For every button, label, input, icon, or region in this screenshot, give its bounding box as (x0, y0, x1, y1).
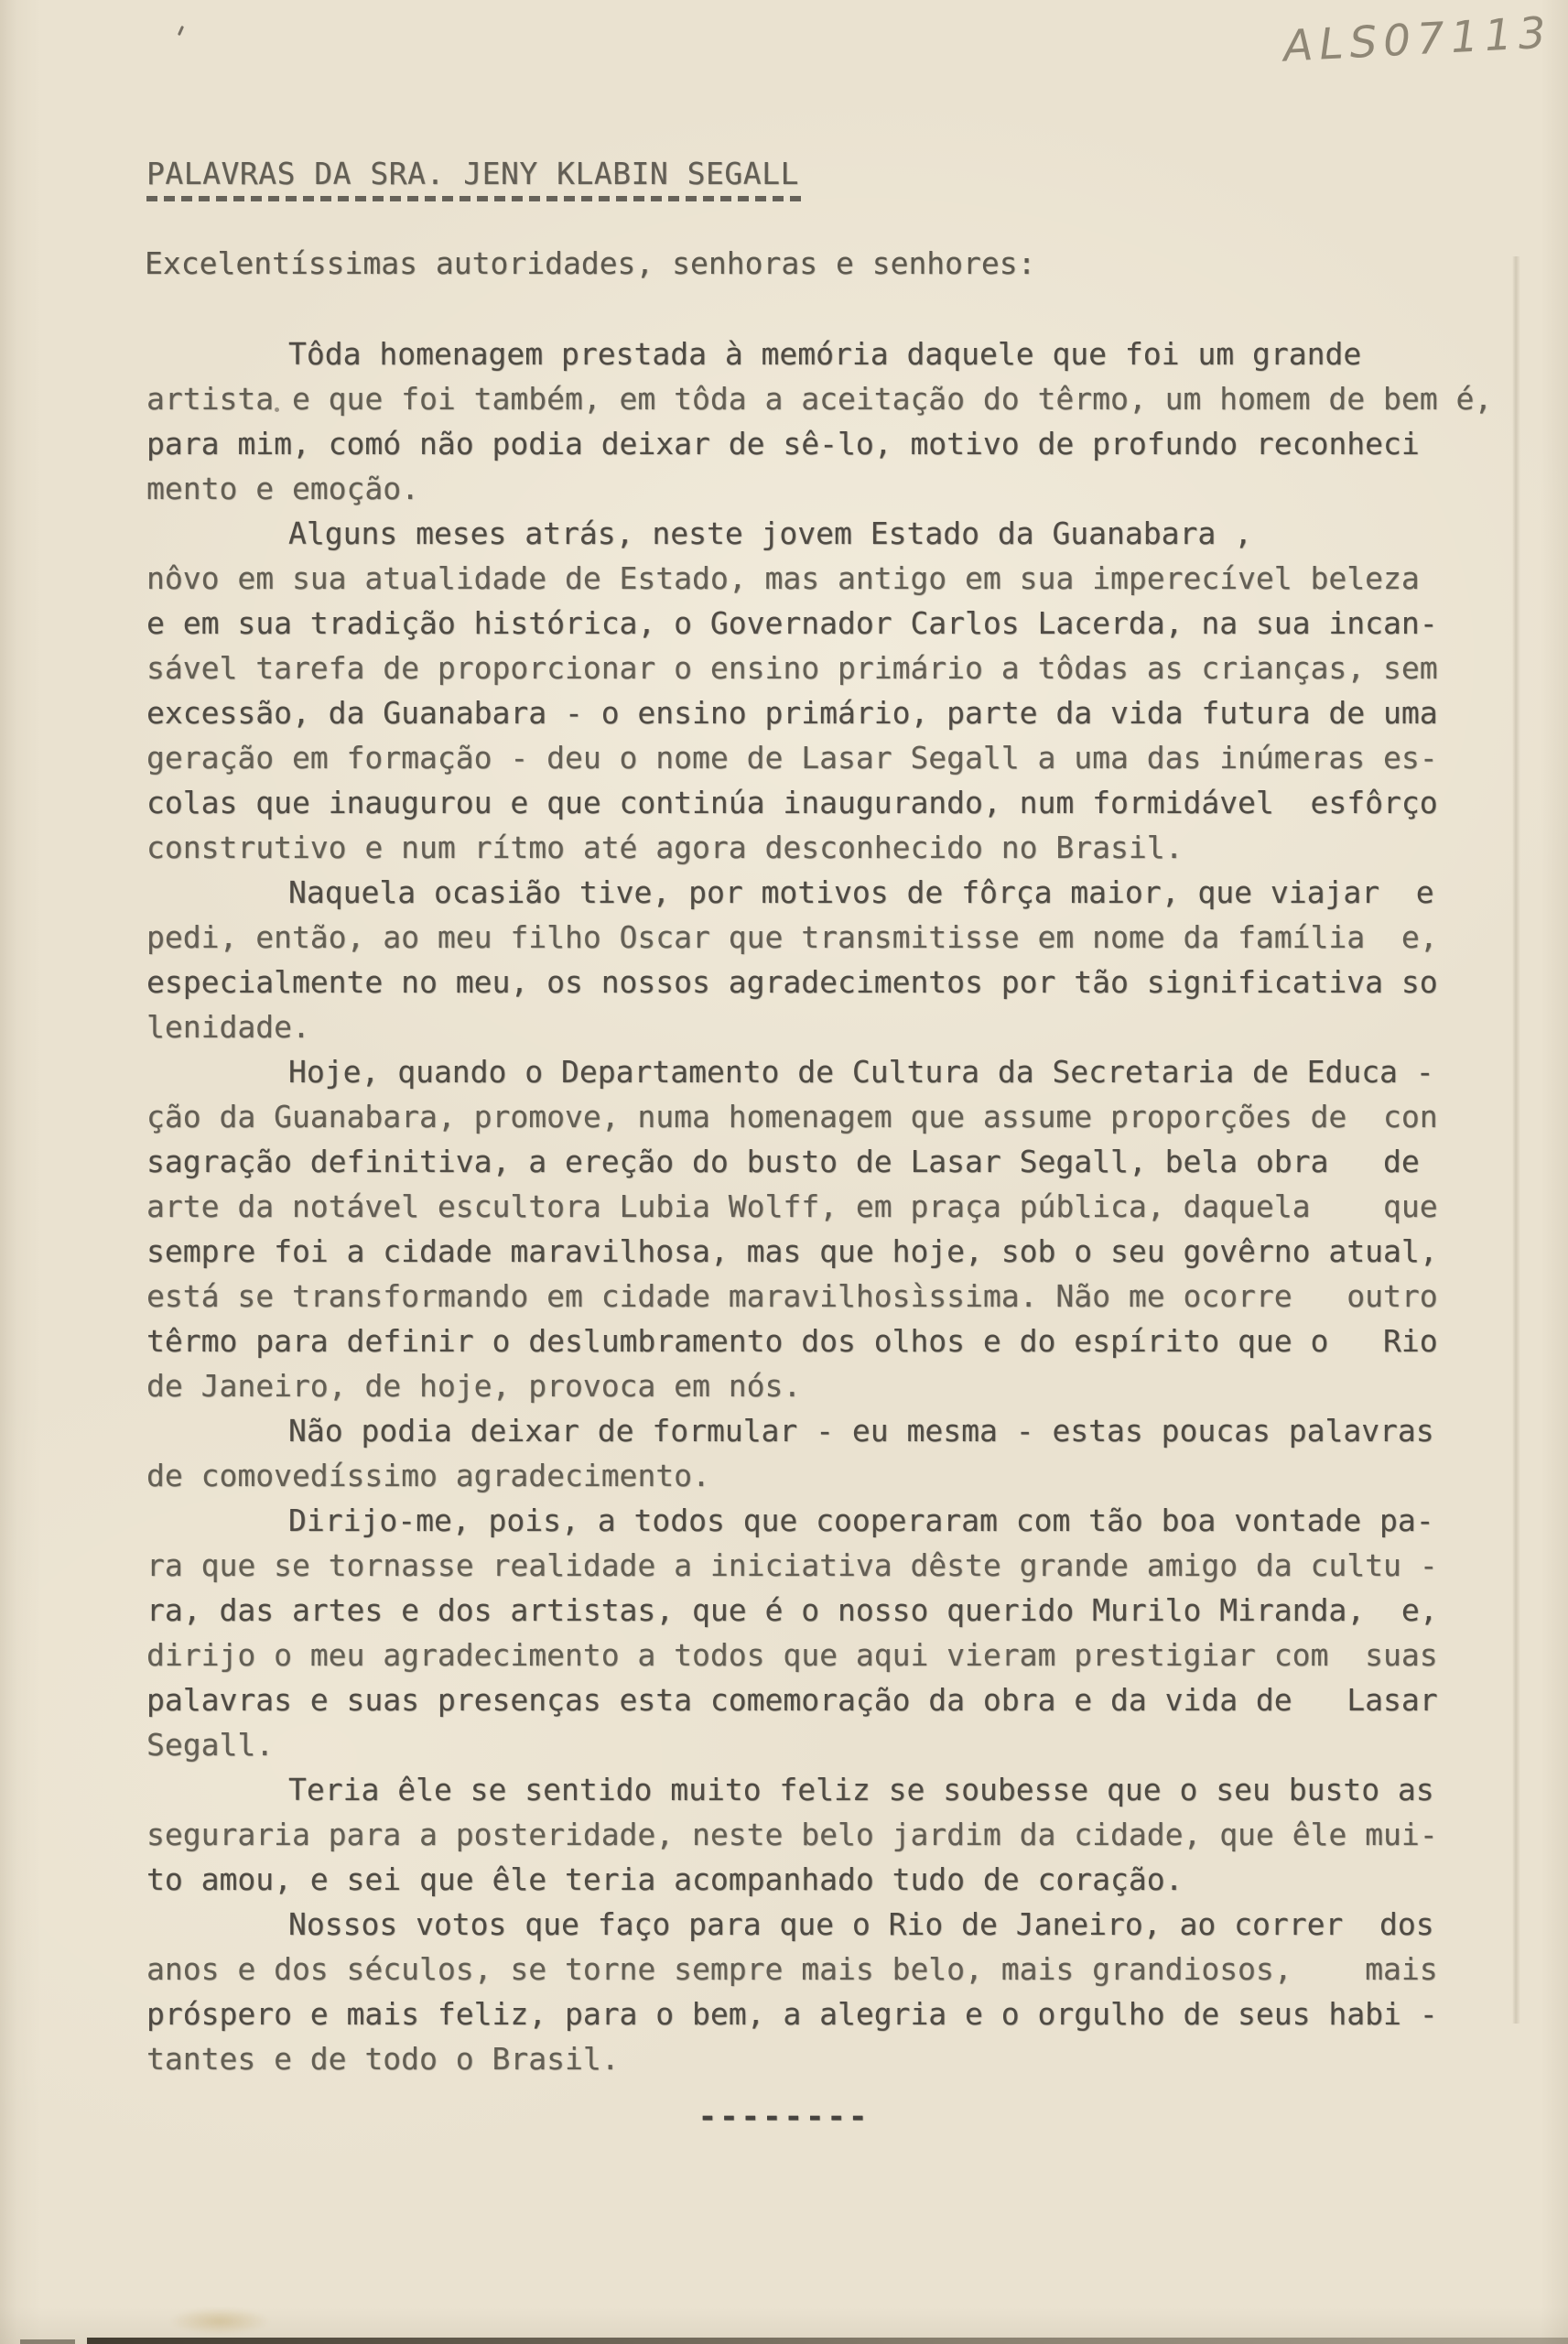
text-line: to amou, e sei que êle teria acompanhado… (146, 1857, 1501, 1902)
text-line: artista e que foi também, em tôda a acei… (146, 376, 1501, 421)
document-title: PALAVRAS DA SRA. JENY KLABIN SEGALL (146, 156, 803, 191)
text-line: excessão, da Guanabara - o ensino primár… (146, 690, 1501, 735)
text-line: sável tarefa de proporcionar o ensino pr… (146, 646, 1501, 690)
scan-bottom-edge (20, 2339, 75, 2344)
text-line: Hoje, quando o Departamento de Cultura d… (146, 1049, 1501, 1094)
text-line: pedi, então, ao meu filho Oscar que tran… (146, 915, 1501, 960)
salutation-line: Excelentíssimas autoridades, senhoras e … (145, 245, 1036, 281)
paragraph: Não podia deixar de formular - eu mesma … (146, 1408, 1501, 1498)
text-line: construtivo e num rítmo até agora descon… (146, 825, 1501, 870)
text-line: de comovedíssimo agradecimento. (146, 1453, 1501, 1498)
text-line: de Janeiro, de hoje, provoca em nós. (146, 1363, 1501, 1408)
paragraph: Naquela ocasião tive, por motivos de fôr… (146, 870, 1501, 1049)
scan-streak (1512, 256, 1520, 2024)
text-line: Teria êle se sentido muito feliz se soub… (146, 1767, 1501, 1812)
paragraph: Alguns meses atrás, neste jovem Estado d… (146, 511, 1501, 870)
text-line: arte da notável escultora Lubia Wolff, e… (146, 1184, 1501, 1229)
scan-bottom-edge (87, 2338, 1568, 2344)
text-line: está se transformando em cidade maravilh… (146, 1274, 1501, 1318)
pencil-inventory-number: ALS07113 (1282, 7, 1553, 71)
paragraph: Hoje, quando o Departamento de Cultura d… (146, 1049, 1501, 1408)
paragraph: Teria êle se sentido muito feliz se soub… (146, 1767, 1501, 1902)
paragraph: Dirijo-me, pois, a todos que cooperaram … (146, 1498, 1501, 1767)
text-line: próspero e mais feliz, para o bem, a ale… (146, 1991, 1501, 2036)
text-line: especialmente no meu, os nossos agradeci… (146, 960, 1501, 1004)
title-underline (146, 196, 803, 201)
text-line: Tôda homenagem prestada à memória daquel… (146, 331, 1501, 376)
text-line: mento e emoção. (146, 466, 1501, 511)
text-line: dirijo o meu agradecimento a todos que a… (146, 1633, 1501, 1677)
paper-stain (169, 2307, 270, 2335)
text-line: ra, das artes e dos artistas, que é o no… (146, 1588, 1501, 1633)
text-line: nôvo em sua atualidade de Estado, mas an… (146, 556, 1501, 601)
text-line: sagração definitiva, a ereção do busto d… (146, 1139, 1501, 1184)
text-line: tantes e de todo o Brasil. (146, 2036, 1501, 2081)
text-line: geração em formação - deu o nome de Lasa… (146, 735, 1501, 780)
text-line: Dirijo-me, pois, a todos que cooperaram … (146, 1498, 1501, 1543)
text-line: sempre foi a cidade maravilhosa, mas que… (146, 1229, 1501, 1274)
scanned-document-page: ALS07113 PALAVRAS DA SRA. JENY KLABIN SE… (0, 0, 1568, 2344)
title-block: PALAVRAS DA SRA. JENY KLABIN SEGALL (146, 156, 803, 201)
document-body: Tôda homenagem prestada à memória daquel… (146, 331, 1501, 2081)
text-line: palavras e suas presenças esta comemoraç… (146, 1677, 1501, 1722)
text-line: colas que inaugurou e que continúa inaug… (146, 780, 1501, 825)
ink-speck (178, 26, 184, 36)
text-line: lenidade. (146, 1004, 1501, 1049)
text-line: Segall. (146, 1722, 1501, 1767)
text-line: seguraria para a posteridade, neste belo… (146, 1812, 1501, 1857)
text-line: Naquela ocasião tive, por motivos de fôr… (146, 870, 1501, 915)
text-line: têrmo para definir o deslumbramento dos … (146, 1318, 1501, 1363)
text-line: Alguns meses atrás, neste jovem Estado d… (146, 511, 1501, 556)
paragraph: Nossos votos que faço para que o Rio de … (146, 1902, 1501, 2081)
paragraph: Tôda homenagem prestada à memória daquel… (146, 331, 1501, 511)
text-line: para mim, comó não podia deixar de sê-lo… (146, 421, 1501, 466)
end-separator: -------- (0, 2099, 1568, 2135)
text-line: ra que se tornasse realidade a iniciativ… (146, 1543, 1501, 1588)
text-line: anos e dos séculos, se torne sempre mais… (146, 1947, 1501, 1991)
text-line: ção da Guanabara, promove, numa homenage… (146, 1094, 1501, 1139)
text-line: Não podia deixar de formular - eu mesma … (146, 1408, 1501, 1453)
text-line: Nossos votos que faço para que o Rio de … (146, 1902, 1501, 1947)
text-line: e em sua tradição histórica, o Governado… (146, 601, 1501, 646)
